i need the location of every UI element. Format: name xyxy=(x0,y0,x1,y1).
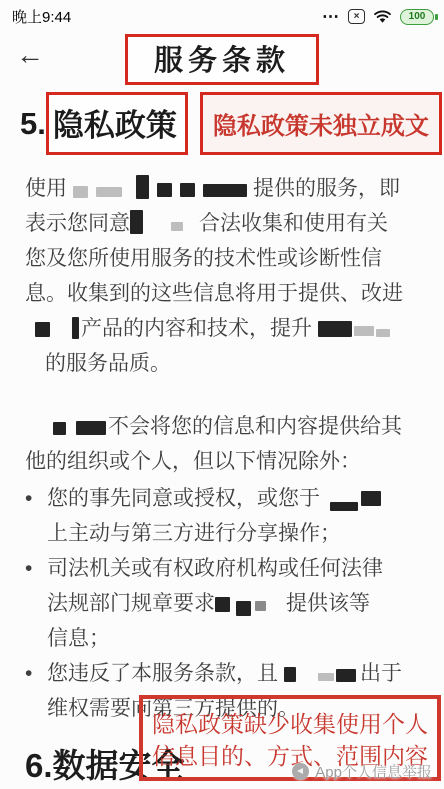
redaction-block xyxy=(203,184,247,197)
redaction-block xyxy=(53,422,66,435)
redaction-block xyxy=(318,321,352,337)
redaction-block xyxy=(236,601,251,616)
wifi-icon xyxy=(373,9,392,24)
nav-bar: ← 服务条款 xyxy=(0,30,444,88)
redaction-block xyxy=(35,322,50,337)
bullet-icon: • xyxy=(25,481,47,551)
redaction-block xyxy=(130,210,143,234)
back-arrow-icon[interactable]: ← xyxy=(16,38,44,72)
exception-list: • 您的事先同意或授权，或您于上主动与第三方进行分享操作； • 司法机关或有权政… xyxy=(25,481,419,726)
redaction-block xyxy=(76,421,106,435)
redaction-block xyxy=(171,222,183,231)
status-bar: 晚上9:44 ⋯ × 100 xyxy=(0,0,444,30)
redaction-block xyxy=(330,502,358,511)
list-item: • 您的事先同意或授权，或您于上主动与第三方进行分享操作； xyxy=(25,481,419,551)
bullet-icon: • xyxy=(25,551,47,656)
more-dots-icon: ⋯ xyxy=(322,12,340,22)
redaction-block xyxy=(73,186,88,198)
redaction-block xyxy=(361,491,381,506)
redaction-block xyxy=(318,673,334,681)
annotation-line: 隐私政策缺少收集使用个人 xyxy=(143,708,437,740)
redaction-block xyxy=(255,601,266,611)
redaction-block xyxy=(96,187,122,197)
redaction-block xyxy=(284,667,296,682)
section-number: 5. xyxy=(20,106,46,142)
redaction-block xyxy=(215,597,230,612)
bullet-icon: • xyxy=(25,656,47,726)
redaction-block xyxy=(354,326,374,336)
redaction-block xyxy=(180,183,195,197)
redaction-block xyxy=(72,317,79,339)
page-title: 服务条款 xyxy=(125,34,319,85)
watermark-label: App个人信息举报 xyxy=(315,761,432,782)
redaction-block xyxy=(136,175,149,199)
terms-body: 使用提供的服务，即表示您同意合法收集和使用有关您及您所使用服务的技术性或诊断性信… xyxy=(0,155,444,726)
spacer xyxy=(25,432,53,433)
status-icons: ⋯ × 100 xyxy=(322,9,434,25)
list-item: • 司法机关或有权政府机构或任何法律法规部门规章要求提供该等信息； xyxy=(25,551,419,656)
annotation-privacy-not-standalone: 隐私政策未独立成文 xyxy=(200,92,442,155)
list-item-text: 您的事先同意或授权，或您于上主动与第三方进行分享操作； xyxy=(47,481,419,551)
paragraph-no-sharing: 不会将您的信息和内容提供给其他的组织或个人，但以下情况除外： xyxy=(25,409,419,479)
privacy-policy-heading: 隐私政策 xyxy=(46,92,188,155)
no-sim-icon: × xyxy=(348,9,365,24)
spacer xyxy=(25,369,45,370)
redaction-block xyxy=(336,669,356,682)
battery-icon: 100 xyxy=(400,9,434,25)
status-time: 晚上9:44 xyxy=(12,6,71,27)
paragraph-usage-consent: 使用提供的服务，即表示您同意合法收集和使用有关您及您所使用服务的技术性或诊断性信… xyxy=(25,171,419,381)
redaction-block xyxy=(376,329,390,337)
megaphone-icon xyxy=(292,763,309,780)
redaction-block xyxy=(157,183,172,197)
list-item-text: 司法机关或有权政府机构或任何法律法规部门规章要求提供该等信息； xyxy=(47,551,419,656)
watermark: App个人信息举报 xyxy=(292,761,432,782)
spacer xyxy=(25,334,35,335)
privacy-policy-heading-row: 5. 隐私政策 隐私政策未独立成文 xyxy=(0,92,444,155)
